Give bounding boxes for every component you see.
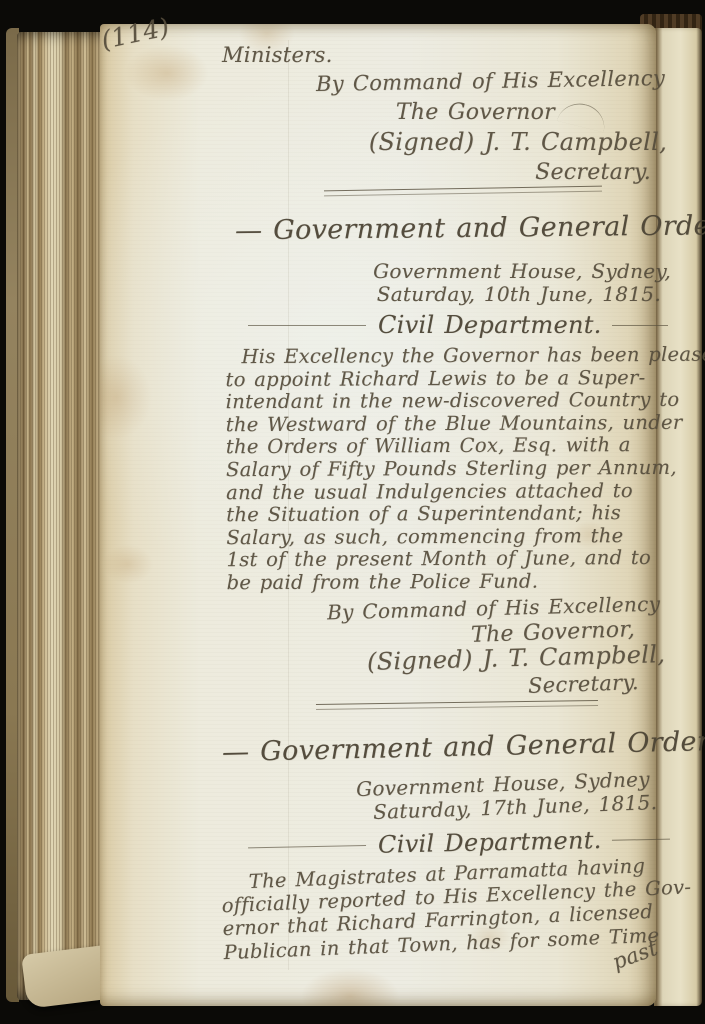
manuscript-photo: (114) Ministers. By Command of His Excel…: [0, 0, 705, 1024]
signature-signed-line: (Signed) J. T. Campbell,: [369, 129, 667, 155]
order-body-paragraph: His Excellency the Governor has been ple…: [225, 344, 676, 595]
signature-secretary-line: Secretary.: [535, 161, 651, 185]
department-heading: Civil Department.: [248, 312, 668, 338]
heading-rule-left: [248, 325, 366, 326]
department-heading-text: Civil Department.: [378, 312, 602, 338]
order-body-paragraph: The Magistrates at Parramatta having off…: [220, 853, 681, 964]
signature-secretary-line: Secretary.: [528, 671, 640, 698]
department-heading-text: Civil Department.: [378, 827, 602, 858]
carryover-word: Ministers.: [222, 44, 333, 67]
manuscript-line: be paid from the Police Fund.: [227, 570, 677, 595]
heading-rule-left: [248, 845, 366, 848]
dateline-place: Government House, Sydney,: [373, 260, 671, 282]
heading-rule-right: [612, 325, 668, 326]
heading-rule-right: [612, 838, 670, 840]
manuscript-line: Salary of Fifty Pounds Sterling per Annu…: [226, 457, 676, 482]
stacked-page-edges: [17, 32, 103, 1000]
signature-governor-line: The Governor: [396, 101, 555, 125]
dateline-date: Saturday, 10th June, 1815.: [377, 283, 661, 305]
order-heading: — Government and General Orders —: [235, 212, 680, 246]
manuscript-line: His Excellency the Governor has been ple…: [225, 344, 675, 369]
manuscript-line: 1st of the present Month of June, and to: [226, 547, 676, 572]
